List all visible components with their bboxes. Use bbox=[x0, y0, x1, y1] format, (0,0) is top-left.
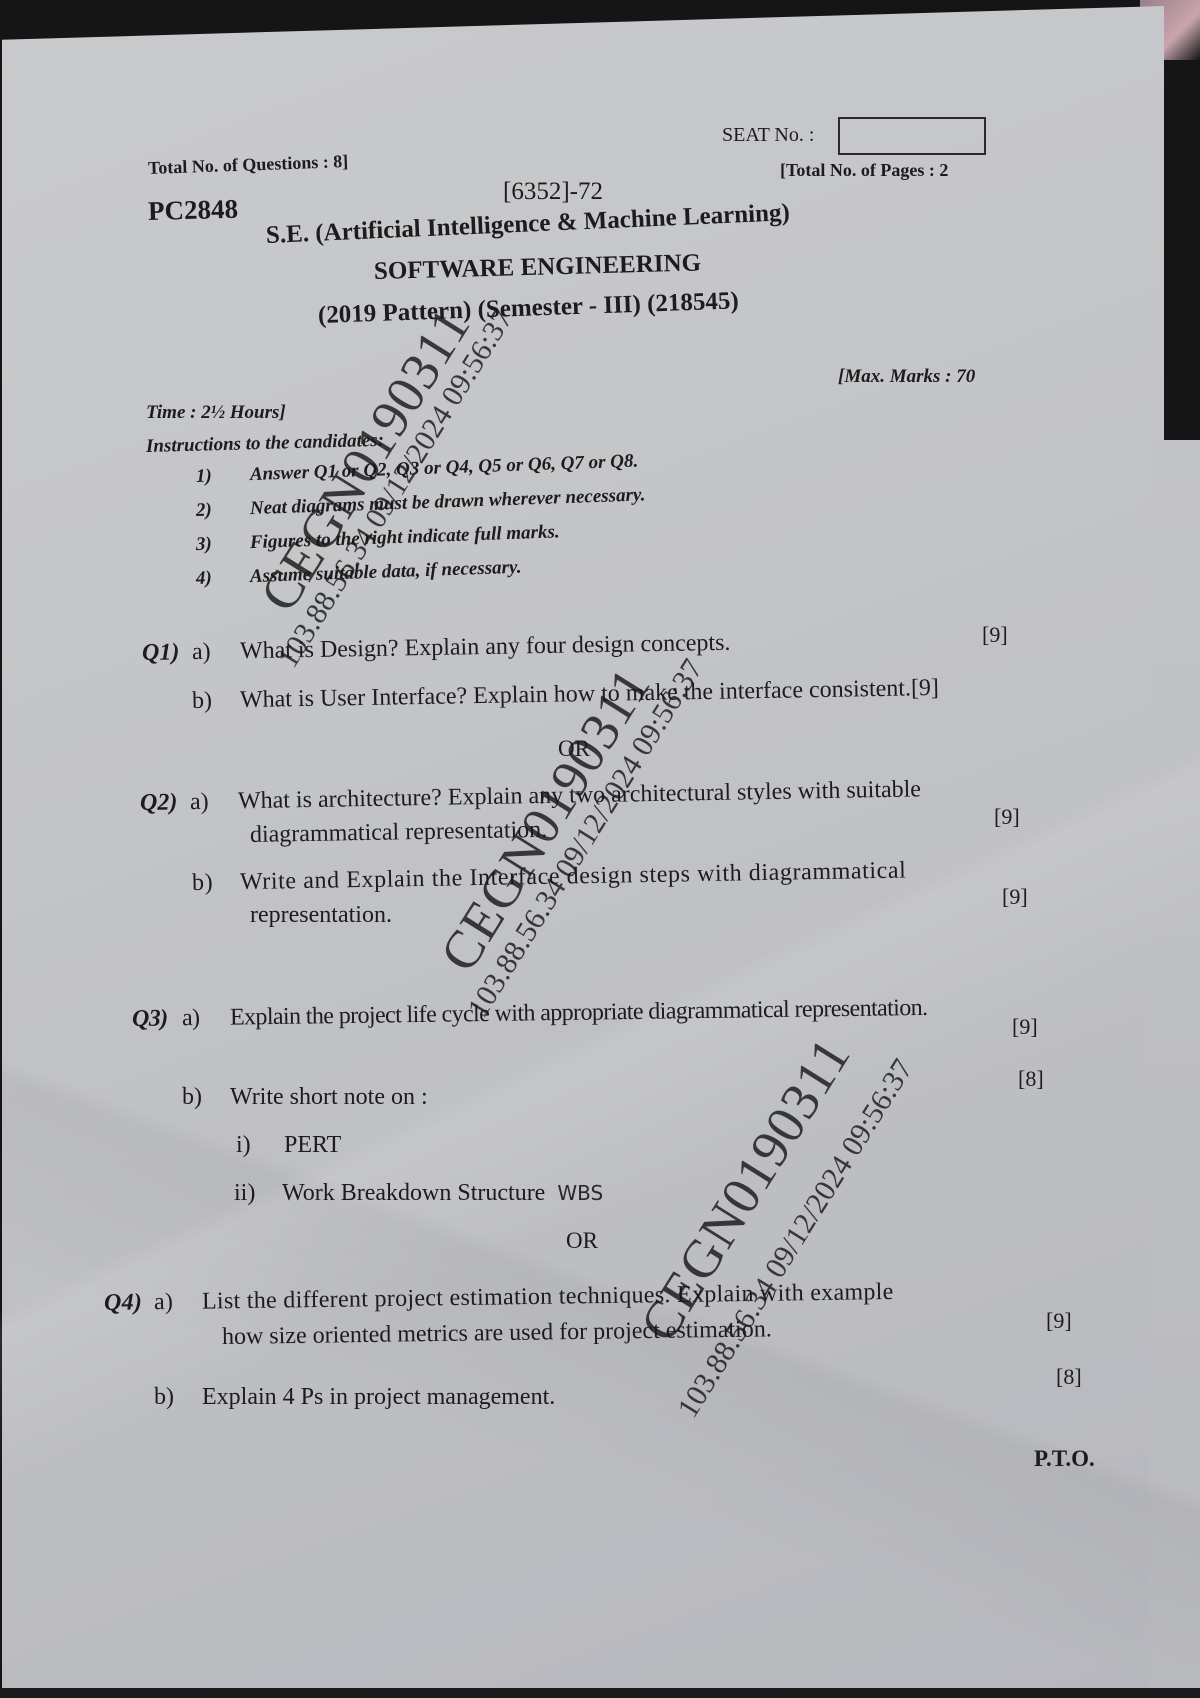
marks-q3b: [8] bbox=[1018, 1066, 1044, 1092]
question-number: Q4) bbox=[104, 1289, 154, 1317]
seat-number-label: SEAT No. : bbox=[722, 124, 814, 147]
instruction-number: 2) bbox=[196, 498, 251, 522]
question-q4b: b)Explain 4 Ps in project management. bbox=[154, 1384, 555, 1411]
question-part: a) bbox=[182, 1005, 230, 1033]
paper-edge bbox=[1150, 440, 1200, 1692]
marks-q3a: [9] bbox=[1012, 1014, 1038, 1040]
question-q3b: b)Write short note on : bbox=[182, 1084, 428, 1111]
paper-id: [6352]-72 bbox=[503, 178, 603, 206]
or-separator: OR bbox=[566, 1228, 598, 1254]
question-part: b) bbox=[182, 1084, 230, 1111]
instruction-number: 3) bbox=[196, 532, 251, 556]
question-part: b) bbox=[192, 869, 240, 897]
max-marks: [Max. Marks : 70 bbox=[838, 366, 975, 388]
marks-q4a: [9] bbox=[1046, 1308, 1072, 1334]
subitem-pert: i)PERT bbox=[236, 1132, 341, 1159]
marks-q4b: [8] bbox=[1056, 1364, 1082, 1390]
subitem-number: i) bbox=[236, 1132, 284, 1159]
pto-footer: P.T.O. bbox=[1034, 1446, 1095, 1472]
instruction-number: 1) bbox=[196, 464, 251, 488]
exam-time: Time : 2½ Hours] bbox=[146, 402, 286, 424]
question-part: b) bbox=[154, 1384, 202, 1411]
question-text: Write short note on : bbox=[230, 1084, 428, 1110]
subitem-number: ii) bbox=[234, 1180, 282, 1207]
question-part: b) bbox=[192, 687, 240, 715]
subitem-text: PERT bbox=[284, 1132, 341, 1158]
background-bottom-edge bbox=[0, 1688, 1200, 1698]
marks-q1a: [9] bbox=[982, 622, 1008, 648]
question-text: Explain 4 Ps in project management. bbox=[202, 1384, 555, 1410]
marks-q2a: [9] bbox=[994, 804, 1020, 830]
handwritten-note: WBS bbox=[557, 1181, 603, 1205]
paper-code: PC2848 bbox=[148, 194, 239, 227]
subitem-wbs: ii)Work Breakdown Structure WBS bbox=[234, 1180, 603, 1207]
question-number: Q3) bbox=[132, 1005, 182, 1033]
question-q2b-line2: representation. bbox=[250, 902, 392, 929]
question-part: a) bbox=[190, 788, 238, 816]
seat-number-box bbox=[838, 117, 986, 155]
instruction-number: 4) bbox=[196, 566, 251, 590]
question-number: Q2) bbox=[140, 789, 190, 817]
question-part: a) bbox=[154, 1289, 202, 1317]
question-number: Q1) bbox=[142, 639, 192, 667]
marks-q2b: [9] bbox=[1002, 884, 1028, 910]
total-pages: [Total No. of Pages : 2 bbox=[780, 160, 948, 181]
subitem-text: Work Breakdown Structure bbox=[282, 1180, 545, 1206]
question-part: a) bbox=[192, 638, 240, 666]
